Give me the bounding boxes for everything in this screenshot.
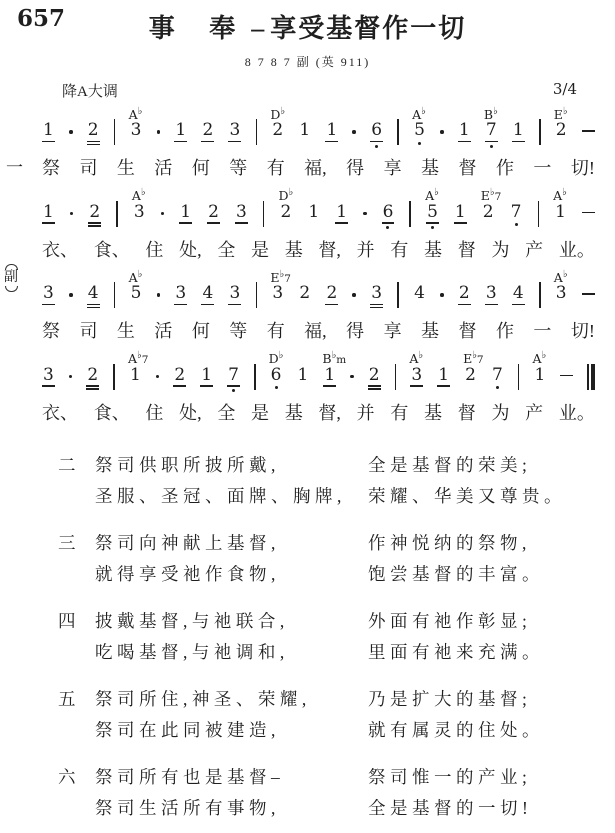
- underline-beam: [370, 304, 383, 305]
- note: 1: [174, 122, 187, 142]
- duration-dash: [582, 130, 595, 132]
- verse-number: 二: [58, 450, 95, 481]
- underline-beam: [201, 304, 214, 305]
- note: 7: [227, 367, 240, 393]
- underline-beam: [227, 385, 240, 386]
- note: 2: [173, 367, 186, 387]
- underline-beam: [382, 222, 395, 223]
- underline-beam: [174, 141, 187, 142]
- notes-row: 123A♭1232D♭1165A♭17B♭12E♭: [42, 105, 595, 152]
- note-digit: 3: [174, 285, 187, 302]
- lyrics-row: 副祭司生活何等有福,得享基督作一切!: [42, 320, 595, 343]
- note-digit: 2: [325, 285, 338, 302]
- chord-suffix: m: [336, 354, 346, 366]
- note-digit: 7: [485, 122, 498, 139]
- lyrics-row: 衣、食、住处,全是基督,并有基督为产业。: [42, 402, 595, 425]
- underline-beam: [228, 304, 241, 305]
- lyric-syllable: 祭: [42, 320, 60, 343]
- lyric-syllable: 督: [458, 320, 476, 343]
- note: 3: [228, 122, 241, 142]
- verse-number: 六: [58, 762, 95, 793]
- note-digit: 1: [298, 122, 311, 139]
- lyric-syllable: 生: [117, 157, 135, 180]
- lyric-syllable: 督: [458, 239, 476, 262]
- lyric-syllable: 福,: [304, 157, 327, 180]
- chord-root: A: [129, 270, 138, 285]
- augmentation-dot: [157, 293, 161, 297]
- lyric-syllable: 基: [424, 239, 442, 262]
- lyric-syllable: 享: [384, 320, 402, 343]
- chord-label: A♭: [129, 109, 143, 122]
- verse-line-left: 披戴基督,与祂联合,: [95, 606, 368, 637]
- augmentation-dot: [440, 130, 444, 134]
- verse-line-right: 全是基督的荣美;: [368, 450, 595, 481]
- note-digit: 6: [270, 367, 283, 384]
- duration-dash: [582, 293, 595, 295]
- note: 1: [437, 367, 450, 387]
- note-digit: 5: [413, 122, 426, 139]
- note-digit: 1: [325, 122, 338, 139]
- flat-sign-icon: ♭: [541, 350, 546, 361]
- barline: [539, 282, 541, 308]
- note-digit: 3: [271, 285, 284, 302]
- chord-label: E♭: [554, 109, 568, 122]
- chord-root: E: [463, 351, 472, 366]
- note-digit: 3: [410, 367, 423, 384]
- duration-dash: [582, 212, 595, 214]
- note: 1: [200, 367, 213, 387]
- notes-row: 321A♭72176D♭11B♭m23A♭12E♭771A♭: [42, 350, 595, 397]
- note-digit: 1: [297, 367, 310, 384]
- note-digit: 2: [464, 367, 477, 384]
- note: 6: [382, 204, 395, 230]
- underline-beam: [512, 304, 525, 305]
- underline-beam: [485, 141, 498, 142]
- note-digit: 1: [458, 122, 471, 139]
- chord-suffix: 7: [284, 273, 291, 285]
- chord-label: E♭7: [481, 190, 502, 203]
- verse-line-left: 祭司所有也是基督–: [95, 762, 368, 793]
- verse-line-right: 就有属灵的住处。: [368, 715, 595, 746]
- flat-sign-icon: ♭: [434, 187, 439, 198]
- lyric-syllable: 何: [192, 320, 210, 343]
- low-octave-dot: [232, 389, 235, 392]
- note-digit: 3: [485, 285, 498, 302]
- note-digit: 1: [179, 204, 192, 221]
- lyric-syllable: 并: [357, 402, 375, 425]
- underline-beam: [426, 222, 439, 223]
- barline: [263, 201, 265, 227]
- chord-label: B♭m: [322, 353, 346, 366]
- note: 3: [235, 204, 248, 224]
- note-digit: 1: [129, 367, 142, 384]
- verse-line-left: 祭司在此同被建造,: [95, 715, 368, 746]
- chord-root: A: [409, 351, 418, 366]
- chord-label: A♭: [409, 353, 423, 366]
- note: 1: [297, 367, 310, 384]
- augmentation-dot: [363, 212, 367, 216]
- lyric-syllable: 基: [421, 320, 439, 343]
- underline-beam: [42, 385, 55, 386]
- note: 3E♭7: [271, 285, 284, 302]
- verse-六: 六祭司所有也是基督–祭司惟一的产业;祭司生活所有事物,全是基督的一切!: [58, 762, 595, 824]
- lyric-syllable: 是: [251, 239, 269, 262]
- chord-label: D♭: [278, 190, 293, 203]
- verse-二: 二祭司供职所披所戴,全是基督的荣美;圣服、圣冠、面牌、胸牌,荣耀、华美又尊贵。: [58, 450, 595, 512]
- low-octave-dot: [275, 386, 278, 389]
- note: 1: [42, 204, 55, 224]
- verse-number-marker: 一: [6, 157, 23, 178]
- lyric-syllable: 活: [154, 157, 172, 180]
- lyric-syllable: 有: [267, 157, 285, 180]
- note-digit: 1: [42, 204, 55, 221]
- chord-root: E: [481, 188, 490, 203]
- lyric-syllable: 全: [217, 402, 235, 425]
- chord-root: A: [412, 107, 421, 122]
- flat-sign-icon: ♭: [421, 105, 426, 116]
- note-digit: 4: [201, 285, 214, 302]
- note-digit: 3: [133, 204, 146, 221]
- note-digit: 3: [130, 122, 143, 139]
- lyric-syllable: 督,: [318, 402, 341, 425]
- note-digit: 2: [87, 122, 100, 139]
- chord-root: D: [269, 351, 279, 366]
- barline: [254, 364, 256, 390]
- notes-row: 345A♭3433E♭722342343A♭: [42, 268, 595, 315]
- chord-root: B: [322, 351, 331, 366]
- underline-beam: [88, 225, 101, 226]
- lyric-syllable: 为: [491, 239, 509, 262]
- underline-beam: [42, 304, 55, 305]
- flat-sign-icon: ♭: [138, 268, 143, 279]
- lyric-syllable: 活: [154, 320, 172, 343]
- note-digit: 1: [512, 122, 525, 139]
- note-digit: 2: [207, 204, 220, 221]
- augmentation-dot: [157, 130, 161, 134]
- note-digit: 5: [426, 204, 439, 221]
- note: 5A♭: [130, 285, 143, 302]
- chord-suffix: 7: [477, 354, 484, 366]
- low-octave-dot: [386, 226, 389, 229]
- underline-beam: [370, 141, 383, 142]
- verse-line-left: 祭司生活所有事物,: [95, 793, 368, 824]
- hymn-title: 事 奉–享受基督作一切: [0, 0, 615, 45]
- lyric-syllable: 切!: [571, 320, 595, 343]
- underline-beam: [179, 222, 192, 223]
- chord-label: D♭: [270, 109, 285, 122]
- verse-五: 五祭司所住,神圣、荣耀,乃是扩大的基督;祭司在此同被建造,就有属灵的住处。: [58, 684, 595, 746]
- meta-row: 降A大调 3/4: [0, 70, 615, 101]
- lyric-syllable: 基: [285, 402, 303, 425]
- key-signature: 降A大调: [62, 80, 118, 101]
- barline: [518, 364, 520, 390]
- verse-number: 四: [58, 606, 95, 637]
- hymn-sheet: 657 事 奉–享受基督作一切 8 7 8 7 副 (英 911) 降A大调 3…: [0, 0, 615, 833]
- chord-root: A: [132, 188, 141, 203]
- note: 2: [368, 367, 381, 390]
- note: 3: [42, 367, 55, 387]
- note-digit: 3: [370, 285, 383, 302]
- note-digit: 7: [491, 367, 504, 384]
- lyric-syllable: 有: [390, 402, 408, 425]
- barline: [114, 119, 116, 145]
- underline-beam: [235, 222, 248, 223]
- lyric-syllable: 衣、: [42, 402, 78, 425]
- note: 1: [458, 122, 471, 142]
- lyric-syllable: 住: [145, 402, 163, 425]
- verse-line-left: 吃喝基督,与祂调和,: [95, 637, 368, 668]
- underline-beam: [228, 141, 241, 142]
- barline: [395, 364, 397, 390]
- note: 3: [228, 285, 241, 305]
- flat-sign-icon: ♭: [563, 105, 568, 116]
- note-digit: 2: [201, 122, 214, 139]
- lyric-syllable: 等: [229, 157, 247, 180]
- chord-root: A: [425, 188, 434, 203]
- low-octave-dot: [515, 223, 518, 226]
- flat-sign-icon: ♭: [141, 187, 146, 198]
- note-digit: 1: [42, 122, 55, 139]
- chord-root: A: [553, 188, 562, 203]
- lyric-syllable: 衣、: [42, 239, 78, 262]
- note-digit: 1: [454, 204, 467, 221]
- lyric-syllable: 业。: [559, 402, 595, 425]
- lyric-syllable: 何: [192, 157, 210, 180]
- underline-beam: [87, 144, 100, 145]
- verse-line-left: 祭司向神献上基督,: [95, 528, 368, 559]
- note-digit: 2: [279, 204, 292, 221]
- lyric-syllable: 作: [496, 320, 514, 343]
- chord-label: A♭: [554, 272, 568, 285]
- barline: [113, 364, 115, 390]
- barline: [409, 201, 411, 227]
- note: 7: [510, 204, 523, 227]
- lyric-syllable: 有: [267, 320, 285, 343]
- chord-suffix: 7: [495, 191, 502, 203]
- note-digit: 2: [298, 285, 311, 302]
- chord-root: D: [270, 107, 280, 122]
- barline: [256, 119, 258, 145]
- verse-line-right: 里面有祂来充满。: [368, 637, 595, 668]
- low-octave-dot: [375, 145, 378, 148]
- verse-line-right: 全是基督的一切!: [368, 793, 595, 824]
- note-digit: 3: [555, 285, 568, 302]
- low-octave-dot: [418, 142, 421, 145]
- lyric-syllable: 基: [285, 239, 303, 262]
- note-digit: 2: [86, 367, 99, 384]
- note: 2D♭: [279, 204, 292, 221]
- final-bar-thin: [587, 364, 589, 390]
- chord-label: D♭: [269, 353, 284, 366]
- underline-beam: [201, 141, 214, 142]
- note-digit: 2: [482, 204, 495, 221]
- note-digit: 4: [512, 285, 525, 302]
- note: 4: [512, 285, 525, 305]
- note-digit: 1: [174, 122, 187, 139]
- lyric-syllable: 切!: [571, 157, 595, 180]
- chord-label: A♭: [425, 190, 439, 203]
- chord-suffix: 7: [142, 354, 149, 366]
- verse-number: 五: [58, 684, 95, 715]
- time-signature: 3/4: [553, 80, 577, 101]
- system-4: 321A♭72176D♭11B♭m23A♭12E♭771A♭衣、食、住处,全是基…: [42, 350, 595, 425]
- lyric-syllable: 司: [79, 320, 97, 343]
- note-digit: 1: [533, 367, 546, 384]
- underline-beam: [87, 307, 100, 308]
- augmentation-dot: [69, 130, 73, 134]
- meter-info: 8 7 8 7 副 (英 911): [0, 53, 615, 70]
- chord-label: A♭: [532, 353, 546, 366]
- note: 2E♭7: [464, 367, 477, 384]
- note-digit: 1: [335, 204, 348, 221]
- flat-sign-icon: ♭: [279, 350, 284, 361]
- verse-line-right: 乃是扩大的基督;: [368, 684, 595, 715]
- underline-beam: [86, 388, 99, 389]
- verse-line-right: 外面有祂作彰显;: [368, 606, 595, 637]
- note: 4: [87, 285, 100, 308]
- underline-beam: [458, 141, 471, 142]
- note: 5A♭: [426, 204, 439, 230]
- flat-sign-icon: ♭: [493, 105, 498, 116]
- underline-beam: [368, 385, 381, 386]
- lyric-syllable: 处,: [179, 239, 202, 262]
- note: 1: [298, 122, 311, 139]
- note: 2: [201, 122, 214, 142]
- note: 4: [201, 285, 214, 305]
- note: 3: [42, 285, 55, 305]
- vertical-paren-bottom: [5, 286, 18, 292]
- note-digit: 2: [88, 204, 101, 221]
- flat-sign-icon: ♭: [563, 268, 568, 279]
- flat-sign-icon: ♭: [138, 105, 143, 116]
- verse-line-left: 祭司所住,神圣、荣耀,: [95, 684, 368, 715]
- note: 6D♭: [270, 367, 283, 390]
- chord-label: E♭7: [463, 353, 484, 366]
- note-digit: 4: [87, 285, 100, 302]
- barline: [116, 201, 118, 227]
- lyrics-row: 衣、食、住处,全是基督,并有基督为产业。: [42, 239, 595, 262]
- note: 1: [307, 204, 320, 221]
- augmentation-dot: [70, 212, 74, 216]
- note: 2D♭: [271, 122, 284, 139]
- notes-row: 123A♭1232D♭1165A♭12E♭771A♭: [42, 187, 595, 234]
- note-digit: 1: [437, 367, 450, 384]
- title-subtitle: 享受基督作一切: [270, 14, 466, 43]
- lyric-syllable: 是: [251, 402, 269, 425]
- note-digit: 2: [458, 285, 471, 302]
- lyric-syllable: 司: [79, 157, 97, 180]
- verse-number: 三: [58, 528, 95, 559]
- barline: [538, 201, 540, 227]
- lyric-syllable: 一: [533, 320, 551, 343]
- underline-beam: [454, 222, 467, 223]
- chord-label: A♭: [553, 190, 567, 203]
- note: 1: [179, 204, 192, 224]
- note: 1B♭m: [323, 367, 336, 387]
- underline-beam: [174, 304, 187, 305]
- note: 1A♭: [554, 204, 567, 221]
- lyric-syllable: 一: [533, 157, 551, 180]
- note: 7B♭: [485, 122, 498, 148]
- note: 2: [458, 285, 471, 305]
- lyrics-row: 一祭司生活何等有福,得享基督作一切!: [42, 157, 595, 180]
- augmentation-dot: [352, 130, 356, 134]
- note: 1: [454, 204, 467, 224]
- chord-root: B: [484, 107, 493, 122]
- note: 1: [325, 122, 338, 142]
- augmentation-dot: [156, 375, 160, 379]
- note-digit: 1: [323, 367, 336, 384]
- note: 1: [42, 122, 55, 142]
- underline-beam: [323, 385, 336, 386]
- augmentation-dot: [161, 212, 165, 216]
- note-digit: 1: [307, 204, 320, 221]
- augmentation-dot: [69, 293, 73, 297]
- chord-label: E♭7: [270, 272, 291, 285]
- note: 1: [512, 122, 525, 142]
- note: 1A♭: [533, 367, 546, 384]
- lyric-syllable: 有: [390, 239, 408, 262]
- barline: [539, 119, 541, 145]
- note: 3A♭: [133, 204, 146, 221]
- underline-beam: [485, 304, 498, 305]
- low-octave-dot: [431, 226, 434, 229]
- system-1: 123A♭1232D♭1165A♭17B♭12E♭一祭司生活何等有福,得享基督作…: [42, 105, 595, 180]
- underline-beam: [87, 304, 100, 305]
- note-digit: 3: [42, 285, 55, 302]
- low-octave-dot: [496, 386, 499, 389]
- lyric-syllable: 产: [525, 239, 543, 262]
- lyric-syllable: 食、: [94, 239, 130, 262]
- lyric-syllable: 享: [384, 157, 402, 180]
- note-digit: 7: [510, 204, 523, 221]
- note-digit: 1: [200, 367, 213, 384]
- underline-beam: [87, 141, 100, 142]
- chord-root: A: [554, 270, 563, 285]
- system-3: 345A♭3433E♭722342343A♭副祭司生活何等有福,得享基督作一切!: [42, 268, 595, 343]
- lyric-syllable: 督: [458, 157, 476, 180]
- note-digit: 2: [271, 122, 284, 139]
- refrain-character: 副: [4, 271, 18, 285]
- note-digit: 1: [554, 204, 567, 221]
- verse-line-right: 祭司惟一的产业;: [368, 762, 595, 793]
- lyric-syllable: 基: [424, 402, 442, 425]
- underline-beam: [458, 304, 471, 305]
- lyric-syllable: 住: [145, 239, 163, 262]
- note: 5A♭: [413, 122, 426, 145]
- note: 2: [298, 285, 311, 302]
- note: 1A♭7: [129, 367, 142, 384]
- note-digit: 4: [413, 285, 426, 302]
- lyric-syllable: 食、: [94, 402, 130, 425]
- underline-beam: [335, 222, 348, 223]
- underline-beam: [410, 385, 423, 386]
- chord-label: B♭: [484, 109, 498, 122]
- underline-beam: [368, 388, 381, 389]
- note: 7: [491, 367, 504, 390]
- note-digit: 3: [42, 367, 55, 384]
- chord-root: A: [129, 107, 138, 122]
- note-digit: 2: [368, 367, 381, 384]
- note: 1: [335, 204, 348, 224]
- verses: 二祭司供职所披所戴,全是基督的荣美;圣服、圣冠、面牌、胸牌,荣耀、华美又尊贵。三…: [58, 450, 595, 824]
- lyric-syllable: 为: [491, 402, 509, 425]
- lyric-syllable: 得: [346, 157, 364, 180]
- underline-beam: [512, 141, 525, 142]
- lyric-syllable: 督: [458, 402, 476, 425]
- verse-line-left: 圣服、圣冠、面牌、胸牌,: [95, 481, 368, 512]
- verse-四: 四披戴基督,与祂联合,外面有祂作彰显;吃喝基督,与祂调和,里面有祂来充满。: [58, 606, 595, 668]
